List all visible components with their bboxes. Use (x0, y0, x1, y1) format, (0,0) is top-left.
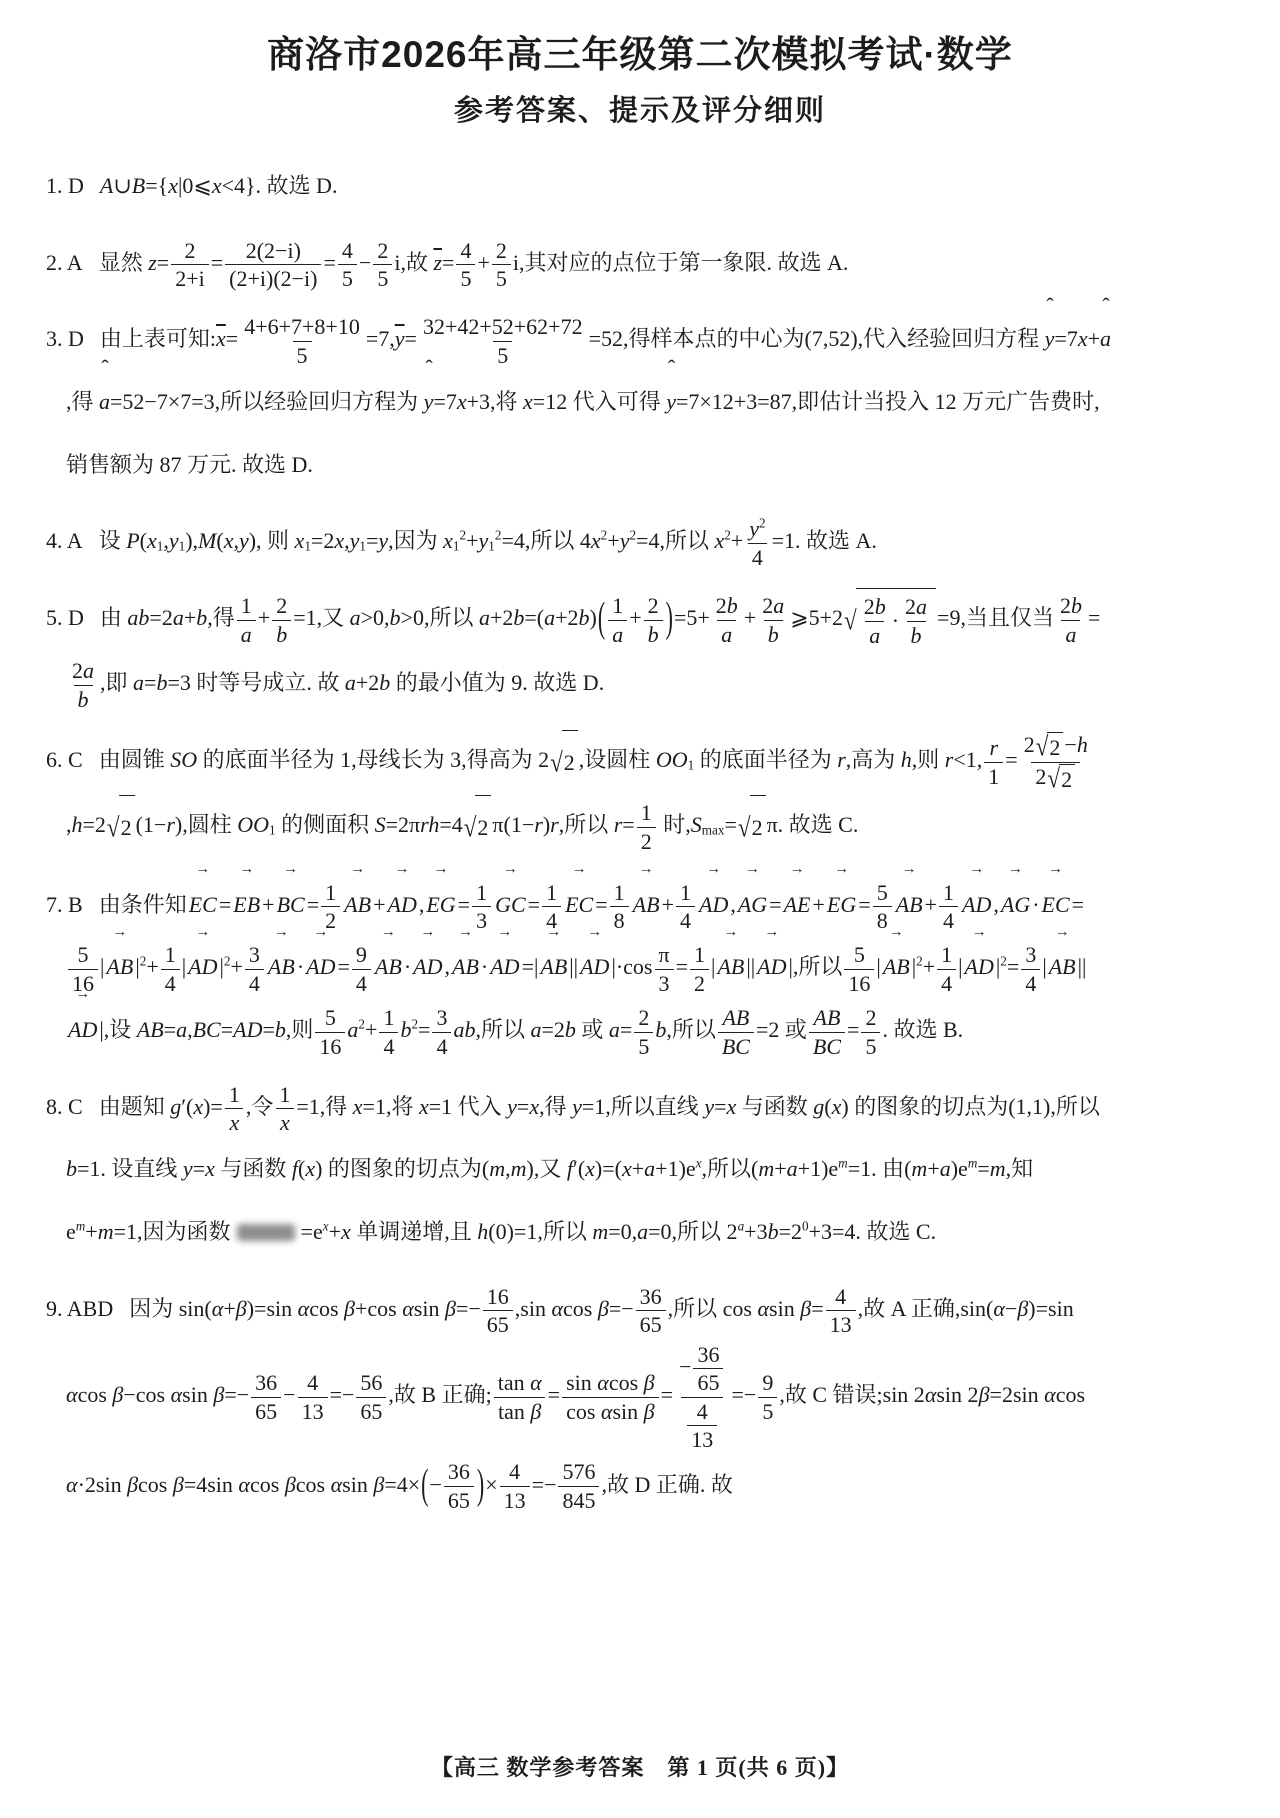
answer-text: 因为 sin(α+β)=sin αcos β+cos αsin β=−1665,… (66, 1296, 1085, 1497)
answer-text: 由题知 g′(x)=1x,令1x=1,得 x=1,将 x=1 代入 y=x,得 … (66, 1094, 1100, 1244)
answer-sheet-page: 商洛市2026年高三年级第二次模拟考试·数学 参考答案、提示及评分细则 1. D… (0, 0, 1280, 1818)
answer-label: 7. B (46, 892, 83, 917)
answer-label: 4. A (46, 528, 83, 553)
answer-label: 9. ABD (46, 1296, 113, 1321)
page-footer: 【高三 数学参考答案 第 1 页(共 6 页)】 (0, 1751, 1280, 1782)
answer-item: 3. D由上表可知:x=4+6+7+8+105=7,y=32+42+52+62+… (46, 308, 1112, 496)
answer-text: 由圆锥 SO 的底面半径为 1,母线长为 3,得高为 2√2,设圆柱 OO1 的… (66, 747, 1094, 837)
blurred-patch (237, 1224, 295, 1241)
answer-item: 9. ABD因为 sin(α+β)=sin αcos β+cos αsin β=… (46, 1278, 1112, 1516)
answer-label: 8. C (46, 1094, 83, 1119)
answer-item: 6. C由圆锥 SO 的底面半径为 1,母线长为 3,得高为 2√2,设圆柱 O… (46, 729, 1112, 860)
answer-item: 8. C由题知 g′(x)=1x,令1x=1,得 x=1,将 x=1 代入 y=… (46, 1076, 1112, 1264)
answer-label: 2. A (46, 250, 83, 275)
page-subtitle: 参考答案、提示及评分细则 (0, 88, 1280, 129)
answer-text: A∪B={x|0⩽x<4}. 故选 D. (100, 173, 338, 198)
answer-text: 显然 z=22+i=2(2−i)(2+i)(2−i)=45−25i,故 z=45… (99, 250, 849, 275)
answer-item: 5. D由 ab=2a+b,得1a+2b=1,又 a>0,b>0,所以 a+2b… (46, 587, 1112, 715)
answers-list: 1. DA∪B={x|0⩽x<4}. 故选 D.2. A显然 z=22+i=2(… (46, 155, 1112, 1516)
answer-text: 由条件知EC=EB+BC=12AB+AD,EG=13GC=14EC=18AB+1… (66, 892, 1086, 1042)
answer-item: 1. DA∪B={x|0⩽x<4}. 故选 D. (46, 155, 1112, 218)
answer-item: 2. A显然 z=22+i=2(2−i)(2+i)(2−i)=45−25i,故 … (46, 232, 1112, 295)
page-title: 商洛市2026年高三年级第二次模拟考试·数学 (0, 0, 1280, 78)
answer-text: 由 ab=2a+b,得1a+2b=1,又 a>0,b>0,所以 a+2b=(a+… (66, 605, 1100, 695)
answer-label: 1. D (46, 173, 84, 198)
answer-text: 设 P(x1,y1),M(x,y), 则 x1=2x,y1=y,因为 x12+y… (99, 528, 877, 553)
answer-label: 5. D (46, 605, 84, 630)
answer-text: 由上表可知:x=4+6+7+8+105=7,y=32+42+52+62+725=… (66, 326, 1111, 476)
answer-item: 7. B由条件知EC=EB+BC=12AB+AD,EG=13GC=14EC=18… (46, 874, 1112, 1062)
answer-item: 4. A设 P(x1,y1),M(x,y), 则 x1=2x,y1=y,因为 x… (46, 510, 1112, 573)
answer-label: 6. C (46, 747, 83, 772)
answer-label: 3. D (46, 326, 84, 351)
